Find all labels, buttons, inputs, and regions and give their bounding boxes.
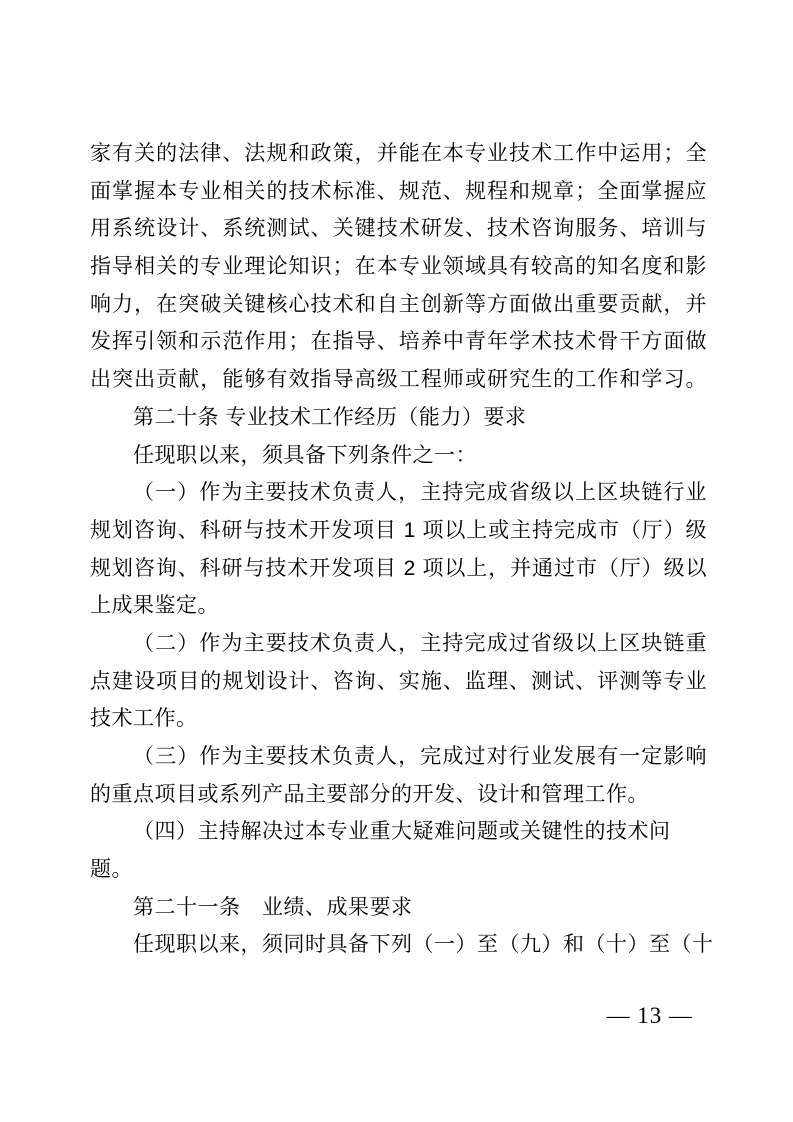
text-line: 的重点项目或系列产品主要部分的开发、设计和管理工作。 [90, 776, 707, 814]
text-line: 任现职以来，须同时具备下列（一）至（九）和（十）至（十 [90, 926, 707, 964]
text-line: （二）作为主要技术负责人，主持完成过省级以上区块链重 [90, 625, 707, 663]
text-line: 规划咨询、科研与技术开发项目 1 项以上或主持完成市（厅）级 [90, 512, 707, 550]
text-line: 指导相关的专业理论知识；在本专业领域具有较高的知名度和影 [90, 248, 707, 286]
text-line: 规划咨询、科研与技术开发项目 2 项以上，并通过市（厅）级以 [90, 550, 707, 588]
text-line: 任现职以来，须具备下列条件之一： [90, 437, 707, 475]
article-21-heading: 第二十一条 业绩、成果要求 [90, 889, 707, 927]
text-line: 家有关的法律、法规和政策，并能在本专业技术工作中运用；全 [90, 135, 707, 173]
text-line: 出突出贡献，能够有效指导高级工程师或研究生的工作和学习。 [90, 361, 707, 399]
text-line: （三）作为主要技术负责人，完成过对行业发展有一定影响 [90, 738, 707, 776]
document-page: 家有关的法律、法规和政策，并能在本专业技术工作中运用；全 面掌握本专业相关的技术… [0, 0, 793, 1122]
text-line: 上成果鉴定。 [90, 587, 707, 625]
document-text-block: 家有关的法律、法规和政策，并能在本专业技术工作中运用；全 面掌握本专业相关的技术… [90, 135, 707, 964]
text-line: （一）作为主要技术负责人，主持完成省级以上区块链行业 [90, 474, 707, 512]
text-line: 点建设项目的规划设计、咨询、实施、监理、测试、评测等专业 [90, 663, 707, 701]
text-line: 发挥引领和示范作用；在指导、培养中青年学术技术骨干方面做 [90, 323, 707, 361]
text-line: （四）主持解决过本专业重大疑难问题或关键性的技术问 [90, 813, 707, 851]
text-line: 用系统设计、系统测试、关键技术研发、技术咨询服务、培训与 [90, 210, 707, 248]
text-line: 面掌握本专业相关的技术标准、规范、规程和规章；全面掌握应 [90, 173, 707, 211]
text-line: 响力，在突破关键核心技术和自主创新等方面做出重要贡献，并 [90, 286, 707, 324]
text-line: 题。 [90, 851, 707, 889]
page-number: — 13 — [607, 1002, 694, 1030]
article-20-heading: 第二十条 专业技术工作经历（能力）要求 [90, 399, 707, 437]
text-line: 技术工作。 [90, 700, 707, 738]
